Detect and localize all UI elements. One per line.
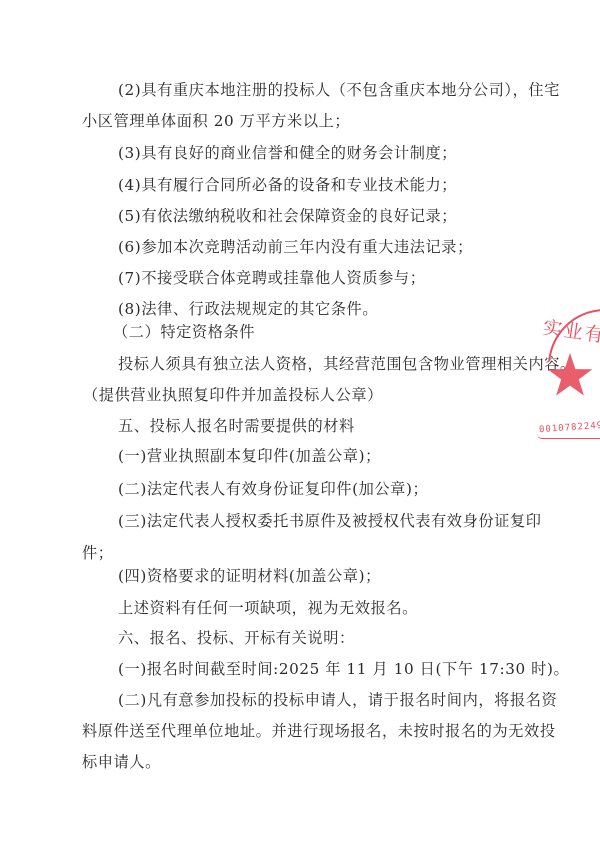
document-line: (三)法定代表人授权委托书原件及被授权代表有效身份证复印 (118, 511, 542, 531)
document-line: 料原件送至代理单位地址。并进行现场报名，未按时报名的为无效投 (82, 721, 556, 741)
document-line: (2)具有重庆本地注册的投标人（不包含重庆本地分公司），住宅 (118, 80, 560, 100)
document-line: 标申请人。 (82, 752, 161, 772)
document-line: (7)不接受联合体竞聘或挂靠他人资质参与； (118, 268, 426, 288)
document-line: 件； (82, 543, 114, 563)
document-page: (2)具有重庆本地注册的投标人（不包含重庆本地分公司），住宅小区管理单体面积 2… (0, 0, 600, 848)
document-line: 六、报名、投标、开标有关说明： (118, 628, 355, 648)
document-line: (一)报名时间截至时间:2025 年 11 月 10 日(下午 17:30 时)… (118, 659, 569, 679)
document-line: (二)法定代表人有效身份证复印件(加公章)； (118, 479, 428, 499)
document-line: 小区管理单体面积 20 万平方米以上； (82, 111, 350, 131)
document-line: （二）特定资格条件 (113, 322, 255, 342)
document-line: (6)参加本次竞聘活动前三年内没有重大违法记录； (118, 237, 473, 257)
document-line: (四)资格要求的证明材料(加盖公章)； (118, 566, 381, 586)
document-line: (一)营业执照副本复印件(加盖公章)； (118, 446, 381, 466)
document-line: (4)具有履行合同所必备的设备和专业技术能力； (118, 175, 457, 195)
document-line: (5)有依法缴纳税收和社会保障资金的良好记录； (118, 206, 457, 226)
document-line: 五、投标人报名时需要提供的材料 (118, 416, 355, 436)
document-line: (二)凡有意参加投标的投标申请人，请于报名时间内，将报名资 (118, 690, 557, 710)
document-line: 投标人须具有独立法人资格，其经营范围包含物业管理相关内容。 (118, 354, 576, 374)
document-line: (8)法律、行政法规规定的其它条件。 (118, 299, 378, 319)
document-line: （提供营业执照复印件并加盖投标人公章） (83, 385, 383, 405)
document-line: 上述资料有任何一项缺项，视为无效报名。 (118, 598, 418, 618)
document-line: (3)具有良好的商业信誉和健全的财务会计制度； (118, 143, 457, 163)
